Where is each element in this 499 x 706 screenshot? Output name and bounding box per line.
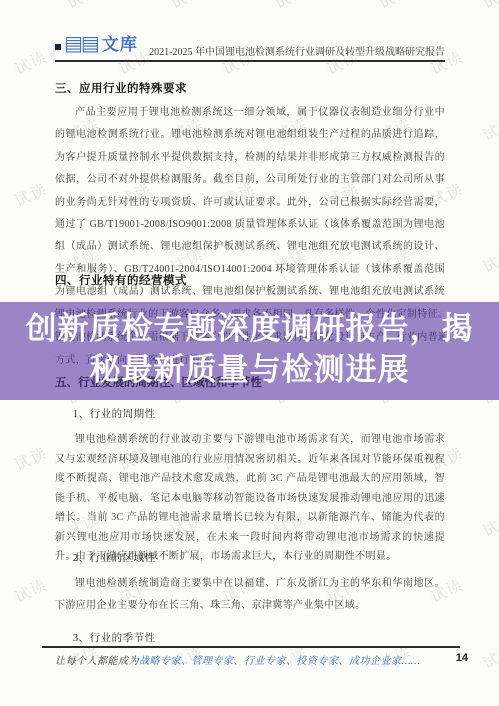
logo-name: 文库: [102, 30, 138, 55]
logo-mark-icon: ▤▤: [64, 33, 98, 53]
watermark-text: 试读: [11, 178, 51, 212]
footer-slogan-prefix: 让每个人都能成为: [55, 656, 139, 667]
footer-slogan-highlight: 战略专家、管理专家、行业专家、投资专家、成功企业家……: [139, 656, 420, 667]
watermark-text: 试读: [63, 0, 103, 13]
watermark-text: 试读: [479, 640, 499, 674]
watermark-text: 试读: [11, 442, 51, 476]
subsection-1-heading: 1、行业的周期性: [55, 406, 445, 421]
watermark-text: 试读: [11, 46, 51, 80]
watermark-text: 试读: [375, 0, 415, 13]
watermark-text: 试读: [479, 244, 499, 278]
document-page: 试读试读试读试读试读试读试读试读试读试读试读试读试读试读试读试读试读试读试读试读…: [0, 0, 499, 706]
overlay-title-line1: 创新质检专题深度调研报告，揭: [0, 308, 499, 349]
header-rule: [55, 60, 445, 62]
subsection-1-paragraph: 锂电池检测系统的行业波动主要与下游锂电池市场需求有关，而锂电池市场需求又与宏观经…: [55, 430, 445, 567]
logo-bullet-icon: [55, 44, 61, 50]
section-3-paragraph: 产品主要应用于锂电池检测系统这一细分领域，属于仪器仪表制造业细分行业中的锂电池检…: [55, 102, 445, 326]
subsection-3-heading: 3、行业的季节性: [55, 630, 445, 645]
watermark-text: 试读: [167, 0, 207, 13]
watermark-text: 试读: [271, 0, 311, 13]
overlay-title-line2: 秘最新质量与检测进展: [0, 349, 499, 390]
footer-rule: [42, 646, 460, 648]
watermark-text: 试读: [479, 0, 499, 13]
watermark-text: 试读: [479, 508, 499, 542]
page-header: ▤▤ 文库 2021-2025 年中国锂电池检测系统行业调研及转型升级战略研究报…: [55, 28, 445, 60]
section-4-heading: 四、行业特有的经营模式: [55, 272, 445, 288]
brand-logo: ▤▤ 文库: [55, 30, 138, 55]
footer-slogan: 让每个人都能成为战略专家、管理专家、行业专家、投资专家、成功企业家……: [55, 652, 420, 667]
overlay-title: 创新质检专题深度调研报告，揭 秘最新质量与检测进展: [0, 308, 499, 390]
subsection-2-heading: 2、行业的区域性: [55, 550, 445, 565]
page-number: 14: [456, 652, 468, 664]
section-3-heading: 三、应用行业的特殊要求: [55, 80, 445, 96]
watermark-text: 试读: [11, 574, 51, 608]
subsection-2-paragraph: 锂电池检测系统制造商主要集中在以福建、广东及浙江为主的华东和华南地区。下游应用企…: [55, 573, 445, 617]
report-title: 2021-2025 年中国锂电池检测系统行业调研及转型升级战略研究报告: [149, 43, 445, 58]
watermark-text: 试读: [479, 112, 499, 146]
